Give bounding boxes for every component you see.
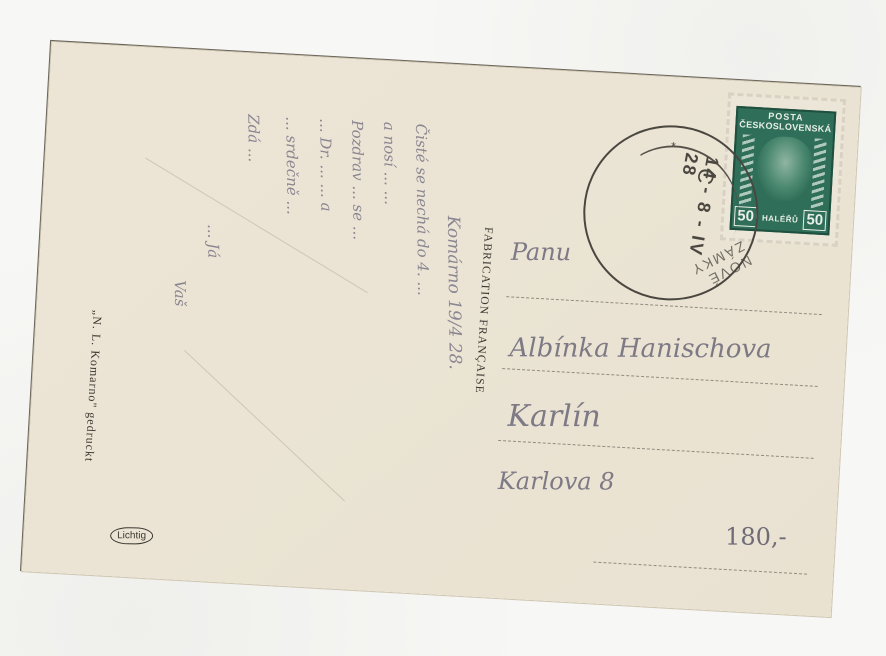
- address-street: Karlova 8: [498, 467, 615, 496]
- message-signature: Vaš: [171, 280, 189, 306]
- message-line: ... Já: [204, 224, 222, 258]
- portrait-icon: [755, 135, 815, 202]
- address-salutation: Panu: [511, 238, 571, 266]
- message-line: ... srdečně ...: [282, 116, 301, 215]
- message-line: Čisté se nechá do 4. ...: [412, 124, 432, 296]
- fabrication-label: FABRICATION FRANÇAISE: [473, 227, 494, 395]
- publisher-logo: Lichtig: [110, 527, 153, 544]
- message-line: Pozdrav ... se ...: [348, 120, 368, 240]
- laurel-right-icon: [811, 138, 827, 209]
- address-name: Albínka Hanischova: [509, 333, 771, 364]
- postmark-star-icon: *: [671, 139, 676, 153]
- stamp-currency: HALÉŘŮ: [762, 213, 799, 224]
- price-note: 180,-: [725, 523, 787, 551]
- message-line: Zdá ...: [244, 114, 263, 162]
- publisher-imprint: „N. L. Komarno" gedruckt: [81, 310, 105, 463]
- address-line: [502, 368, 818, 387]
- postcard: POSTA ČESKOSLOVENSKÁ 50 HALÉŘŮ 50 * C 14…: [22, 42, 861, 617]
- paper-crease: [184, 350, 345, 501]
- message-place-date: Komárno 19/4 28.: [443, 216, 465, 370]
- address-line: [498, 440, 814, 459]
- message-line: ... Dr. ... ... a: [316, 118, 335, 211]
- stamp-value-right: 50: [803, 210, 827, 231]
- address-city: Karlín: [507, 399, 600, 434]
- message-line: a nosí ... ...: [380, 122, 399, 205]
- address-line: [593, 562, 807, 575]
